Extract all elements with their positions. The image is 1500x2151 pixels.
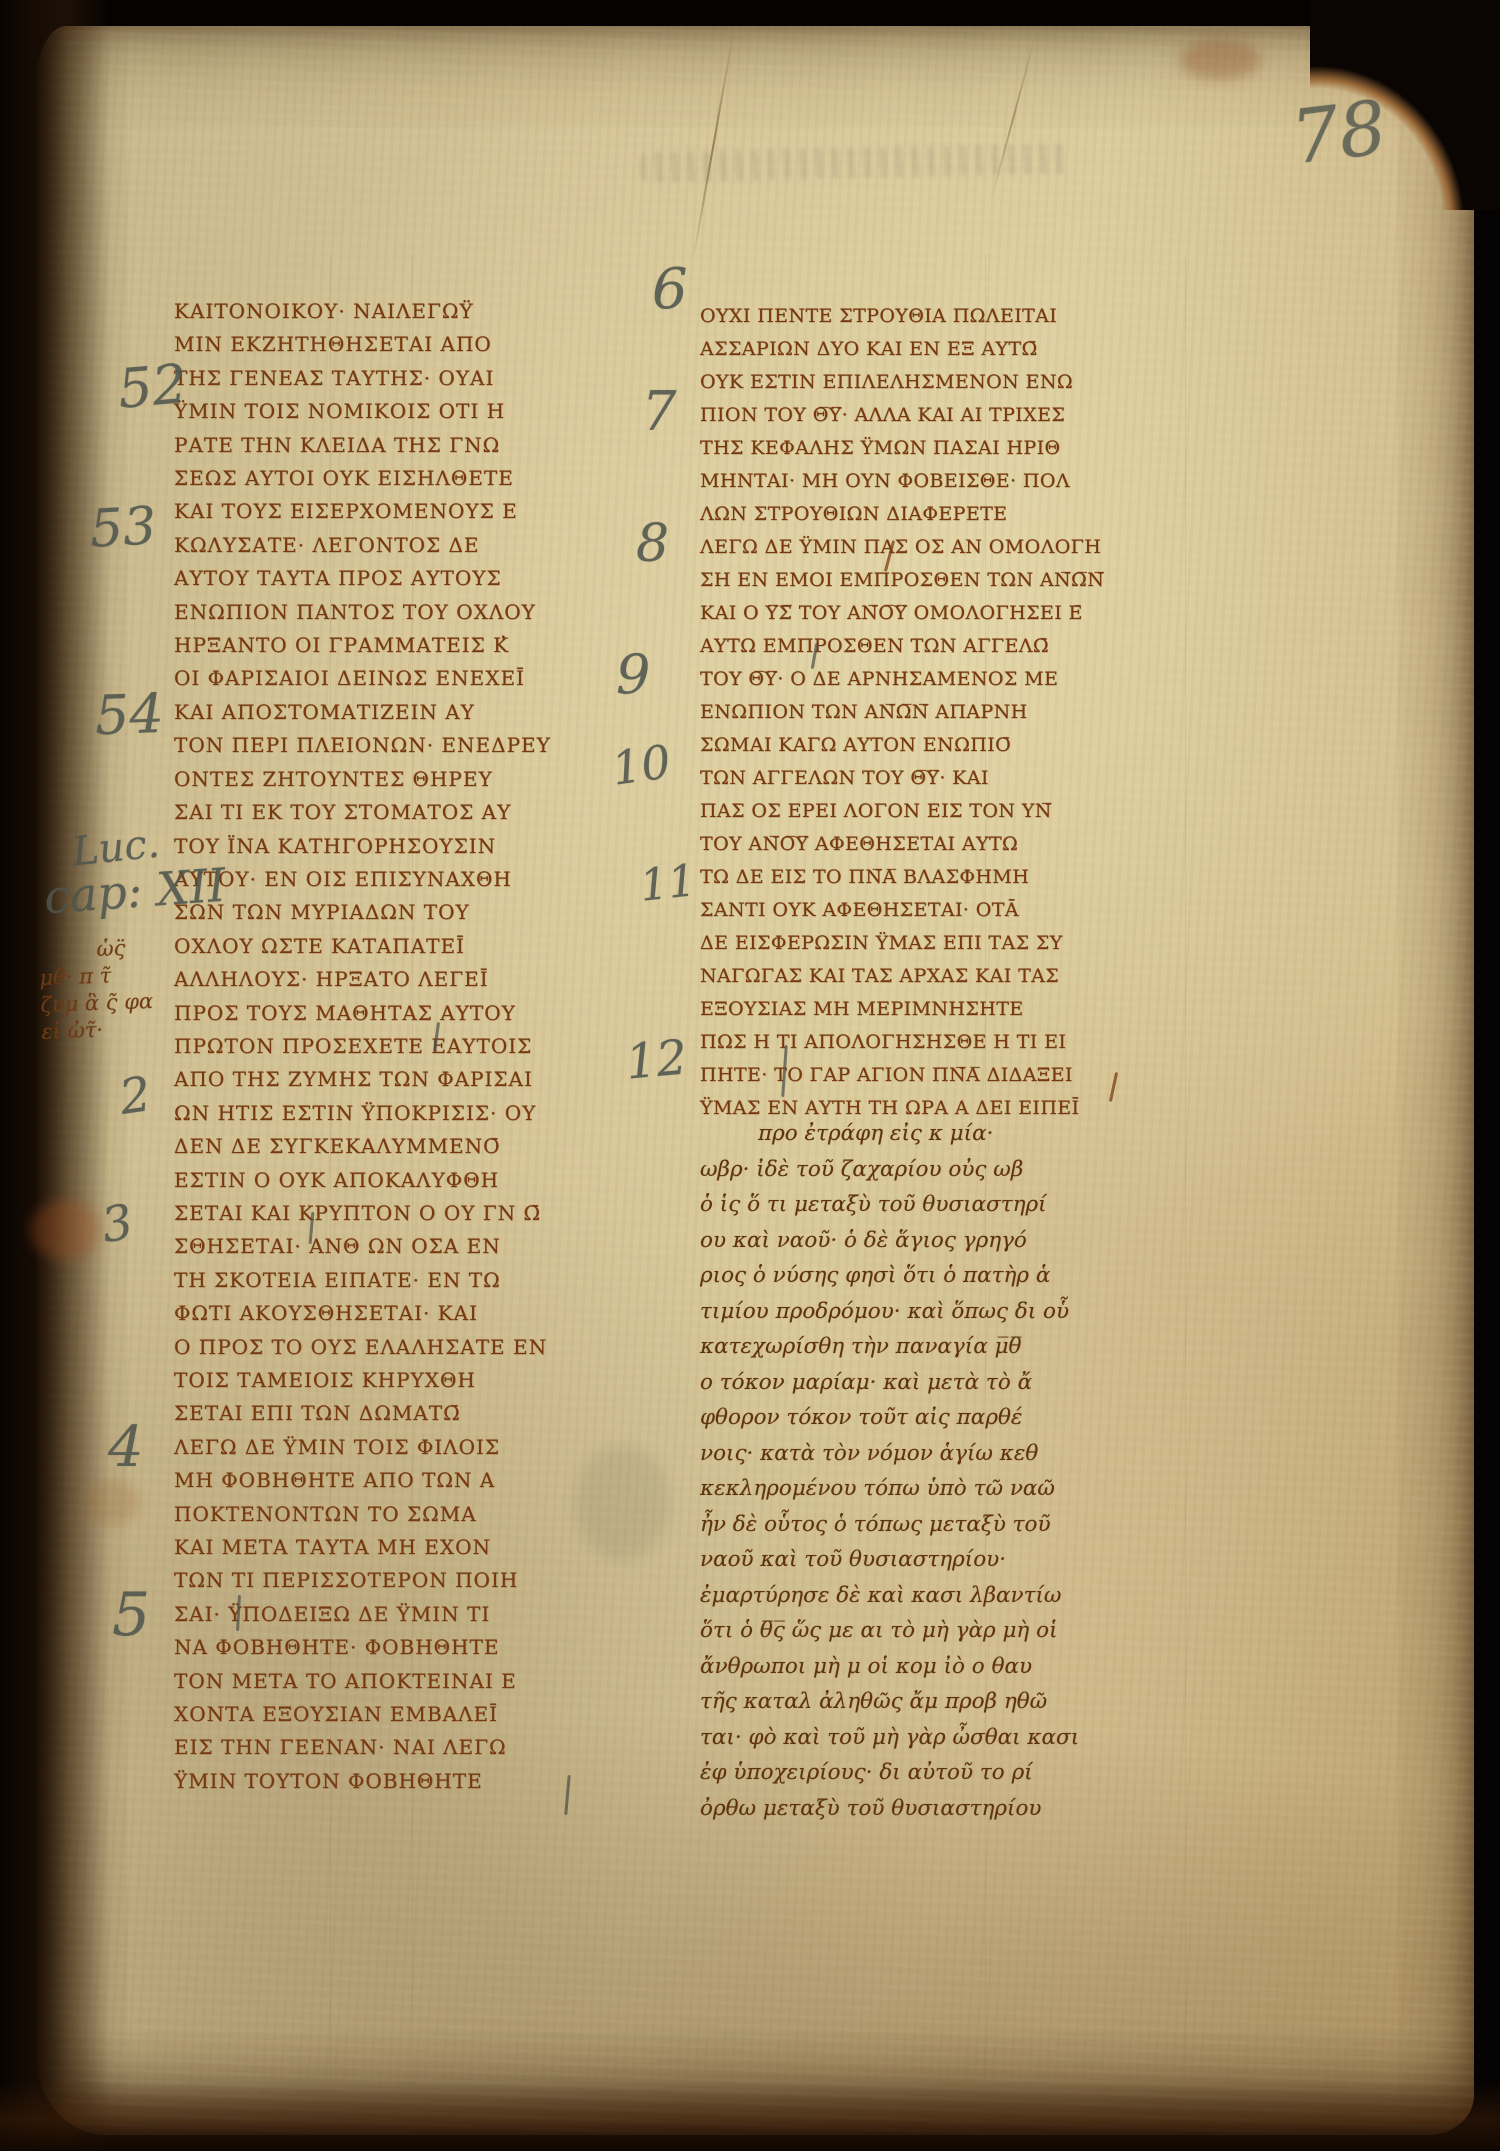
manuscript-text-line: ΤΟΥ ΑΝ̅Ο̅Υ̅ ΑΦΕΘΗΣΕΤΑΙ ΑΥΤΩ <box>700 828 1140 861</box>
manuscript-text-line: ΤΟΥ Θ̅Υ̅· Ο ΔΕ ΑΡΝΗΣΑΜΕΝΟΣ ΜΕ <box>700 663 1140 696</box>
pencil-verse-number-6: 6 <box>652 262 688 318</box>
kephalaion-note-line: εἰ ὠτ̃· <box>41 1015 155 1046</box>
manuscript-text-line: ΤΗΣ ΚΕΦΑΛΗΣ ΫΜΩΝ ΠΑΣΑΙ ΗΡΙΘ <box>700 432 1140 465</box>
manuscript-text-line: ΡΑΤΕ ΤΗΝ ΚΛΕΙΔΑ ΤΗΣ ΓΝΩ <box>174 429 554 462</box>
manuscript-text-line: ΣΑΙ ΤΙ ΕΚ ΤΟΥ ΣΤΟΜΑΤΟΣ ΑΥ <box>174 796 554 829</box>
manuscript-text-line: ΚΩΛΥΣΑΤΕ· ΛΕΓΟΝΤΟΣ ΔΕ <box>174 529 554 562</box>
manuscript-text-line: ΤΩ ΔΕ ΕΙΣ ΤΟ ΠΝ̅Α̅ ΒΛΑΣΦΗΜΗ <box>700 861 1140 894</box>
manuscript-text-line: ΤΗ ΣΚΟΤΕΙΑ ΕΙΠΑΤΕ· ΕΝ ΤΩ <box>174 1264 554 1297</box>
manuscript-text-line: ΕΣΤΙΝ Ο ΟΥΚ ΑΠΟΚΑΛΥΦΘΗ <box>174 1164 554 1197</box>
manuscript-text-line: ΠΟΚΤΕΝΟΝΤΩΝ ΤΟ ΣΩΜΑ <box>174 1498 554 1531</box>
manuscript-text-line: ΚΑΙ ΤΟΥΣ ΕΙΣΕΡΧΟΜΕΝΟΥΣ Ε <box>174 495 554 528</box>
manuscript-text-line: ΤΟΙΣ ΤΑΜΕΙΟΙΣ ΚΗΡΥΧΘΗ <box>174 1364 554 1397</box>
manuscript-text-line: ΕΞΟΥΣΙΑΣ ΜΗ ΜΕΡΙΜΝΗΣΗΤΕ <box>700 993 1140 1026</box>
folio-number: 78 <box>1288 91 1390 176</box>
manuscript-text-line: ΫΜΙΝ ΤΟΙΣ ΝΟΜΙΚΟΙΣ ΟΤΙ Η <box>174 395 554 428</box>
pencil-verse-number-2: 2 <box>117 1070 154 1122</box>
manuscript-text-line: ΔΕ ΕΙΣΦΕΡΩΣΙΝ ΫΜΑΣ ΕΠΙ ΤΑΣ ΣΥ <box>700 927 1140 960</box>
manuscript-text-line: ΕΝΩΠΙΟΝ ΤΩΝ ΑΝ̅Ω̅Ν̅ ΑΠΑΡΝΗ <box>700 696 1140 729</box>
manuscript-text-line: ΦΩΤΙ ΑΚΟΥΣΘΗΣΕΤΑΙ· ΚΑΙ <box>174 1297 554 1330</box>
kephalaion-note-line: ζυμ ἃ ς̃ φα <box>40 988 154 1019</box>
manuscript-text-line: ΚΑΙ Ο Υ̅Σ̅ ΤΟΥ ΑΝ̅Ο̅Υ̅ ΟΜΟΛΟΓΗΣΕΙ Ε̄ <box>700 597 1140 630</box>
kephalaion-margin-note: ὡς̈μθ̓· π τ̃ζυμ ἃ ς̃ φαεἰ ὠτ̃· <box>38 934 154 1046</box>
scholion-text-line: ο τόκον μαρίαμ· καὶ μετὰ τὸ ἄ <box>700 1365 1150 1401</box>
manuscript-text-line: ΣΕΩΣ ΑΥΤΟΙ ΟΥΚ ΕΙΣΗΛΘΕΤΕ <box>174 462 554 495</box>
manuscript-text-line: ΤΩΝ ΤΙ ΠΕΡΙΣΣΟΤΕΡΟΝ ΠΟΙΗ <box>174 1564 554 1597</box>
manuscript-text-line: ΕΝΩΠΙΟΝ ΠΑΝΤΟΣ ΤΟΥ ΟΧΛΟΥ <box>174 596 554 629</box>
pencil-verse-number-5: 5 <box>112 1585 150 1645</box>
manuscript-text-line: ΑΥΤΩ ΕΜΠΡΟΣΘΕΝ ΤΩΝ ΑΓΓΕΛΩ̄ <box>700 630 1140 663</box>
manuscript-text-line: ΠΡΟΣ ΤΟΥΣ ΜΑΘΗΤΑΣ ΑΥΤΟΥ <box>174 997 554 1030</box>
manuscript-text-line: ΠΡΩΤΟΝ ΠΡΟΣΕΧΕΤΕ ΕΑΥΤΟΙΣ <box>174 1030 554 1063</box>
manuscript-text-line: ΑΛΛΗΛΟΥΣ· ΗΡΞΑΤΟ ΛΕΓΕῙ <box>174 963 554 996</box>
kephalaion-note-line: μθ̓· π τ̃ <box>39 961 153 992</box>
scholion-text-line: προ ἐτράφη εἰς κ μία· <box>700 1116 1150 1152</box>
manuscript-text-line: ΚΑΙ ΑΠΟΣΤΟΜΑΤΙΖΕΙΝ ΑΥ <box>174 696 554 729</box>
scholion-text-line: ἐφ ὑποχειρίους· δι αὐτοῦ το ρί <box>700 1755 1150 1791</box>
pencil-verse-number-52: 52 <box>116 357 189 417</box>
pencil-verse-number-54: 54 <box>94 687 165 743</box>
scholion-text-line: τῆς καταλ ἀληθῶς ἄμ προβ ηθῶ <box>700 1684 1150 1720</box>
scholion-text-line: ριος ὁ νύσης φησὶ ὅτι ὁ πατὴρ ἁ <box>700 1258 1150 1294</box>
manuscript-text-line: ΤΟΝ ΜΕΤΑ ΤΟ ΑΠΟΚΤΕΙΝΑΙ Ε <box>174 1665 554 1698</box>
right-text-column: ΟΥΧΙ ΠΕΝΤΕ ΣΤΡΟΥΘΙΑ ΠΩΛΕΙΤΑΙΑΣΣΑΡΙΩΝ ΔΥΟ… <box>700 300 1140 1125</box>
manuscript-text-line: ΑΥΤΟΥ ΤΑΥΤΑ ΠΡΟΣ ΑΥΤΟΥΣ <box>174 562 554 595</box>
manuscript-text-line: ΣΑΝΤΙ ΟΥΚ ΑΦΕΘΗΣΕΤΑΙ· ΟΤᾹ <box>700 894 1140 927</box>
manuscript-text-line: ΠΩΣ Η ΤΙ ΑΠΟΛΟΓΗΣΗΣΘΕ Η ΤΙ ΕΙ <box>700 1026 1140 1059</box>
manuscript-text-line: ΠΗΤΕ· ΤΟ ΓΑΡ ΑΓΙΟΝ ΠΝ̅Α̅ ΔΙΔΑΞΕΙ <box>700 1059 1140 1092</box>
manuscript-text-line: ΔΕΝ ΔΕ ΣΥΓΚΕΚΑΛΥΜΜΕΝΟ̄ <box>174 1130 554 1163</box>
pencil-verse-number-12: 12 <box>624 1033 689 1086</box>
ruling-line <box>1185 255 1186 2115</box>
scholion-text-line: ωβρ· ἰδὲ τοῦ ζαχαρίου οὐς ωβ <box>700 1152 1150 1188</box>
manuscript-photo: 78 ΚΑΙΤΟΝΟΙΚΟΥ· ΝΑΙΛΕΓΩΫΜΙΝ ΕΚΖΗΤΗΘΗΣΕΤΑ… <box>0 0 1500 2151</box>
pencil-verse-number-4: 4 <box>108 1420 144 1476</box>
scholion-text-line: ἐμαρτύρησε δὲ καὶ κασι λβαντίω <box>700 1578 1150 1614</box>
scholion-text-line: ὅτι ὁ θ̅ς̅ ὥς με αι τὸ μὴ γὰρ μὴ οἱ <box>700 1613 1150 1649</box>
manuscript-text-line: ΩΝ ΗΤΙΣ ΕΣΤΙΝ ΫΠΟΚΡΙΣΙΣ· ΟΥ <box>174 1097 554 1130</box>
manuscript-text-line: ΠΑΣ ΟΣ ΕΡΕΙ ΛΟΓΟΝ ΕΙΣ ΤΟΝ ΥΝ̅ <box>700 795 1140 828</box>
manuscript-text-line: ΜΙΝ ΕΚΖΗΤΗΘΗΣΕΤΑΙ ΑΠΟ <box>174 328 554 361</box>
pencil-note-cap-xii: cap: XII <box>43 862 228 921</box>
manuscript-text-line: ΧΟΝΤΑ ΕΞΟΥΣΙΑΝ ΕΜΒΑΛΕῙ <box>174 1698 554 1731</box>
pencil-verse-number-10: 10 <box>609 738 673 792</box>
manuscript-text-line: ΣΗ ΕΝ ΕΜΟΙ ΕΜΠΡΟΣΘΕΝ ΤΩΝ ΑΝ̅Ω̅Ν̅ <box>700 564 1140 597</box>
pencil-verse-number-8: 8 <box>636 518 669 570</box>
pencil-verse-number-7: 7 <box>642 385 676 439</box>
pencil-verse-number-11: 11 <box>638 859 698 909</box>
scholion-text-line: νοις· κατὰ τὸν νόμον ἁγίω κεθ <box>700 1436 1150 1472</box>
manuscript-text-line: ΝΑ ΦΟΒΗΘΗΤΕ· ΦΟΒΗΘΗΤΕ <box>174 1631 554 1664</box>
scholion-text-line: ἦν δὲ οὗτος ὁ τόπως μεταξὺ τοῦ <box>700 1507 1150 1543</box>
manuscript-text-line: ΑΣΣΑΡΙΩΝ ΔΥΟ ΚΑΙ ΕΝ ΕΞ ΑΥΤΩ̄ <box>700 333 1140 366</box>
manuscript-text-line: ΟΝΤΕΣ ΖΗΤΟΥΝΤΕΣ ΘΗΡΕΥ <box>174 763 554 796</box>
pencil-verse-number-9: 9 <box>616 648 650 702</box>
scholion-text-block: προ ἐτράφη εἰς κ μία·ωβρ· ἰδὲ τοῦ ζαχαρί… <box>700 1116 1150 1826</box>
binding-gutter-shadow <box>0 0 110 2151</box>
kephalaion-note-line: ὡς̈ <box>38 934 152 965</box>
manuscript-text-line: ΤΗΣ ΓΕΝΕΑΣ ΤΑΥΤΗΣ· ΟΥΑΙ <box>174 362 554 395</box>
manuscript-text-line: ΛΕΓΩ ΔΕ ΫΜΙΝ ΤΟΙΣ ΦΙΛΟΙΣ <box>174 1431 554 1464</box>
ink-bleedthrough-smudge <box>575 1445 670 1560</box>
manuscript-text-line: ΟΧΛΟΥ ΩΣΤΕ ΚΑΤΑΠΑΤΕῙ <box>174 930 554 963</box>
scholion-text-line: ται· φὸ καὶ τοῦ μὴ γὰρ ὦσθαι κασι <box>700 1720 1150 1756</box>
manuscript-text-line: ΟΙ ΦΑΡΙΣΑΙΟΙ ΔΕΙΝΩΣ ΕΝΕΧΕῙ <box>174 662 554 695</box>
scholion-text-line: φθορον τόκον τοῦτ αἰς παρθέ <box>700 1400 1150 1436</box>
scholion-text-line: ναοῦ καὶ τοῦ θυσιαστηρίου· <box>700 1542 1150 1578</box>
manuscript-text-line: ΫΜΙΝ ΤΟΥΤΟΝ ΦΟΒΗΘΗΤΕ <box>174 1765 554 1798</box>
manuscript-text-line: ΑΠΟ ΤΗΣ ΖΥΜΗΣ ΤΩΝ ΦΑΡΙΣΑΙ <box>174 1063 554 1096</box>
manuscript-text-line: ΣΑΙ· ΫΠΟΔΕΙΞΩ ΔΕ ΫΜΙΝ ΤΙ <box>174 1598 554 1631</box>
manuscript-text-line: ΛΩΝ ΣΤΡΟΥΘΙΩΝ ΔΙΑΦΕΡΕΤΕ <box>700 498 1140 531</box>
manuscript-text-line: ΛΕΓΩ ΔΕ ΫΜΙΝ ΠΑΣ ΟΣ ΑΝ ΟΜΟΛΟΓΗ <box>700 531 1140 564</box>
scholion-text-line: τιμίου προδρόμου· καὶ ὅπως δι οὗ <box>700 1294 1150 1330</box>
manuscript-text-line: ΤΟΥ ΪΝΑ ΚΑΤΗΓΟΡΗΣΟΥΣΙΝ <box>174 830 554 863</box>
scholion-text-line: ὁ ἱς ὅ τι μεταξὺ τοῦ θυσιαστηρί <box>700 1187 1150 1223</box>
manuscript-text-line: ΣΩΝ ΤΩΝ ΜΥΡΙΑΔΩΝ ΤΟΥ <box>174 896 554 929</box>
manuscript-text-line: ΚΑΙ ΜΕΤΑ ΤΑΥΤΑ ΜΗ ΕΧΟΝ <box>174 1531 554 1564</box>
scholion-text-line: ἄνθρωποι μὴ μ οἱ κομ ἰὸ ο θαυ <box>700 1649 1150 1685</box>
scholion-text-line: κατεχωρίσθη τὴν παναγία μ̅θ̅ <box>700 1329 1150 1365</box>
manuscript-text-line: Ο ΠΡΟΣ ΤΟ ΟΥΣ ΕΛΑΛΗΣΑΤΕ ΕΝ <box>174 1331 554 1364</box>
left-text-column: ΚΑΙΤΟΝΟΙΚΟΥ· ΝΑΙΛΕΓΩΫΜΙΝ ΕΚΖΗΤΗΘΗΣΕΤΑΙ Α… <box>174 295 554 1798</box>
manuscript-text-line: ΟΥΚ ΕΣΤΙΝ ΕΠΙΛΕΛΗΣΜΕΝΟΝ ΕΝΩ <box>700 366 1140 399</box>
manuscript-text-line: ΕΙΣ ΤΗΝ ΓΕΕΝΑΝ· ΝΑΙ ΛΕΓΩ <box>174 1731 554 1764</box>
manuscript-text-line: ΣΕΤΑΙ ΕΠΙ ΤΩΝ ΔΩΜΑΤΩ̄ <box>174 1397 554 1430</box>
manuscript-text-line: ΜΗ ΦΟΒΗΘΗΤΕ ΑΠΟ ΤΩΝ Α <box>174 1464 554 1497</box>
manuscript-text-line: ΜΗΝΤΑΙ· ΜΗ ΟΥΝ ΦΟΒΕΙΣΘΕ· ΠΟΛ <box>700 465 1140 498</box>
scholion-text-line: ὀρθω μεταξὺ τοῦ θυσιαστηρίου <box>700 1791 1150 1827</box>
manuscript-text-line: ΤΩΝ ΑΓΓΕΛΩΝ ΤΟΥ Θ̅Υ̅· ΚΑΙ <box>700 762 1140 795</box>
scholion-text-line: κεκληρομένου τόπω ὑπὸ τῶ ναῶ <box>700 1471 1150 1507</box>
manuscript-text-line: ΝΑΓΩΓΑΣ ΚΑΙ ΤΑΣ ΑΡΧΑΣ ΚΑΙ ΤΑΣ <box>700 960 1140 993</box>
manuscript-text-line: ΟΥΧΙ ΠΕΝΤΕ ΣΤΡΟΥΘΙΑ ΠΩΛΕΙΤΑΙ <box>700 300 1140 333</box>
manuscript-text-line: ΑΥΤΟΥ· ΕΝ ΟΙΣ ΕΠΙΣΥΝΑΧΘΗ <box>174 863 554 896</box>
manuscript-text-line: ΗΡΞΑΝΤΟ ΟΙ ΓΡΑΜΜΑΤΕΙΣ Κ̓ <box>174 629 554 662</box>
scholion-text-line: ου καὶ ναοῦ· ὁ δὲ ἅγιος γρηγό <box>700 1223 1150 1259</box>
manuscript-text-line: ΣΘΗΣΕΤΑΙ· ΑΝΘ ΩΝ ΟΣΑ ΕΝ <box>174 1230 554 1263</box>
pencil-verse-number-53: 53 <box>89 500 158 555</box>
manuscript-text-line: ΤΟΝ ΠΕΡΙ ΠΛΕΙΟΝΩΝ· ΕΝΕΔΡΕΥ <box>174 729 554 762</box>
manuscript-text-line: ΚΑΙΤΟΝΟΙΚΟΥ· ΝΑΙΛΕΓΩΫ <box>174 295 554 328</box>
darkened-bottom-edge <box>0 2081 1500 2151</box>
manuscript-text-line: ΠΙΟΝ ΤΟΥ Θ̅Υ̅· ΑΛΛΑ ΚΑΙ ΑΙ ΤΡΙΧΕΣ <box>700 399 1140 432</box>
manuscript-text-line: ΣΩΜΑΙ ΚΑΓΩ ΑΥΤΟΝ ΕΝΩΠΙΟ̄ <box>700 729 1140 762</box>
manuscript-text-line: ΣΕΤΑΙ ΚΑΙ ΚΡΥΠΤΟΝ Ο ΟΥ ΓΝ Ω̄ <box>174 1197 554 1230</box>
